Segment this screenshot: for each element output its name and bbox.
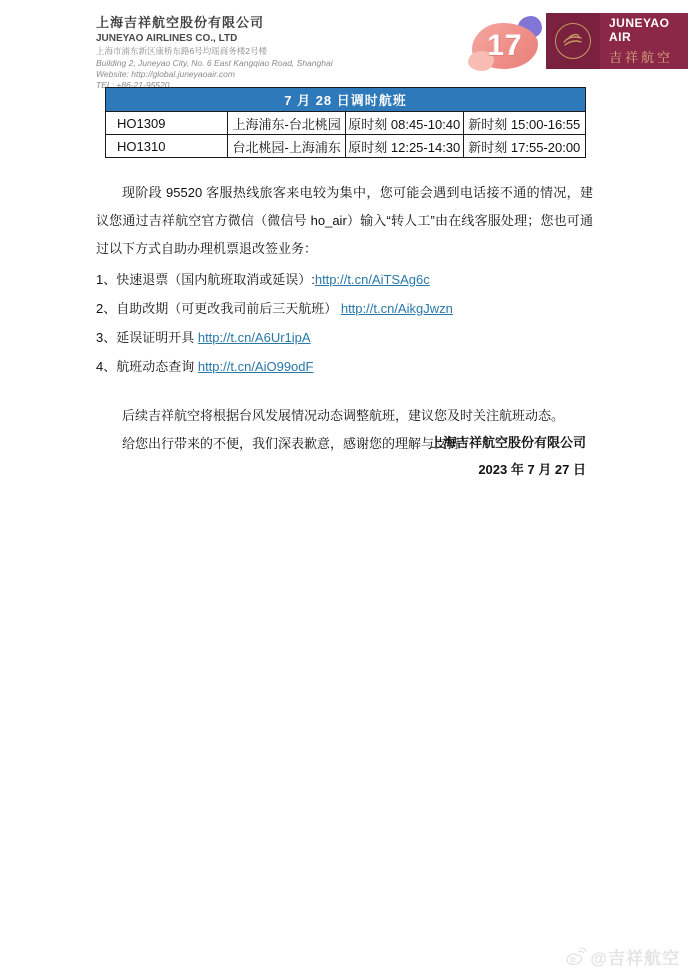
watermark-handle: @吉祥航空 xyxy=(590,944,680,969)
signature-company: 上海吉祥航空股份有限公司 xyxy=(430,429,586,456)
flight-new-time: 新时刻 15:00-16:55 xyxy=(463,112,585,135)
company-address-en: Building 2, Juneyao City, No. 6 East Kan… xyxy=(96,58,416,68)
list-item: 4、航班动态查询 http://t.cn/AiO99odF xyxy=(96,352,593,381)
notice-paragraph-hotline: 现阶段 95520 客服热线旅客来电较为集中，您可能会遇到电话接不通的情况，建议… xyxy=(96,179,593,263)
flight-old-time: 原时刻 08:45-10:40 xyxy=(345,112,463,135)
table-row: HO1309 上海浦东-台北桃园 原时刻 08:45-10:40 新时刻 15:… xyxy=(106,112,586,135)
juneyao-air-logo: JUNEYAO AIR 吉祥航空 xyxy=(546,13,688,69)
company-name-cn: 上海吉祥航空股份有限公司 xyxy=(96,12,416,31)
logo-emblem-box xyxy=(546,13,600,69)
flight-number: HO1310 xyxy=(106,135,228,158)
sticker-day-number: 17 xyxy=(468,22,542,70)
table-header-row: 7 月 28 日调时航班 xyxy=(106,88,586,112)
flight-route: 上海浦东-台北桃园 xyxy=(228,112,346,135)
weibo-logo-icon xyxy=(565,947,587,966)
company-website: Website: http://global.juneyaoair.com xyxy=(96,69,416,79)
logo-wordmark: JUNEYAO AIR 吉祥航空 xyxy=(600,16,688,66)
list-item-label: 4、航班动态查询 xyxy=(96,359,198,374)
company-name-en: JUNEYAO AIRLINES CO., LTD xyxy=(96,33,416,44)
list-item: 3、延误证明开具 http://t.cn/A6Ur1ipA xyxy=(96,323,593,352)
flight-old-time: 原时刻 12:25-14:30 xyxy=(345,135,463,158)
list-item-label: 2、自助改期（可更改我司前后三天航班） xyxy=(96,301,341,316)
closing-typhoon-note: 后续吉祥航空将根据台风发展情况动态调整航班，建议您及时关注航班动态。 xyxy=(96,402,593,430)
flight-new-time: 新时刻 17:55-20:00 xyxy=(463,135,585,158)
notice-body: 现阶段 95520 客服热线旅客来电较为集中，您可能会遇到电话接不通的情况，建议… xyxy=(96,179,593,458)
quick-refund-link[interactable]: http://t.cn/AiTSAg6c xyxy=(315,272,430,287)
letterhead: 上海吉祥航空股份有限公司 JUNEYAO AIRLINES CO., LTD 上… xyxy=(96,12,416,90)
list-item-label: 3、延误证明开具 xyxy=(96,330,198,345)
company-address-cn: 上海市浦东新区康桥东路6号均瑶商务楼2号楼 xyxy=(96,45,416,57)
flight-route: 台北桃园-上海浦东 xyxy=(228,135,346,158)
phoenix-emblem-icon xyxy=(555,23,591,59)
signature-block: 上海吉祥航空股份有限公司 2023 年 7 月 27 日 xyxy=(430,429,586,483)
signature-date: 2023 年 7 月 27 日 xyxy=(430,456,586,483)
list-item: 2、自助改期（可更改我司前后三天航班） http://t.cn/AikgJwzn xyxy=(96,294,593,323)
self-rebook-link[interactable]: http://t.cn/AikgJwzn xyxy=(341,301,453,316)
flight-number: HO1309 xyxy=(106,112,228,135)
table-title: 7 月 28 日调时航班 xyxy=(106,88,586,112)
delay-certificate-link[interactable]: http://t.cn/A6Ur1ipA xyxy=(198,330,311,345)
list-item: 1、快速退票（国内航班取消或延误）:http://t.cn/AiTSAg6c xyxy=(96,265,593,294)
day-17-sticker: 17 xyxy=(468,16,548,74)
self-service-link-list: 1、快速退票（国内航班取消或延误）:http://t.cn/AiTSAg6c 2… xyxy=(96,265,593,381)
flight-schedule-table: 7 月 28 日调时航班 HO1309 上海浦东-台北桃园 原时刻 08:45-… xyxy=(105,87,586,158)
weibo-watermark: @吉祥航空 xyxy=(565,944,680,969)
list-item-label: 1、快速退票（国内航班取消或延误）: xyxy=(96,272,315,287)
flight-status-link[interactable]: http://t.cn/AiO99odF xyxy=(198,359,314,374)
table-row: HO1310 台北桃园-上海浦东 原时刻 12:25-14:30 新时刻 17:… xyxy=(106,135,586,158)
logo-name-cn: 吉祥航空 xyxy=(609,47,688,66)
logo-name-en: JUNEYAO AIR xyxy=(609,16,688,44)
